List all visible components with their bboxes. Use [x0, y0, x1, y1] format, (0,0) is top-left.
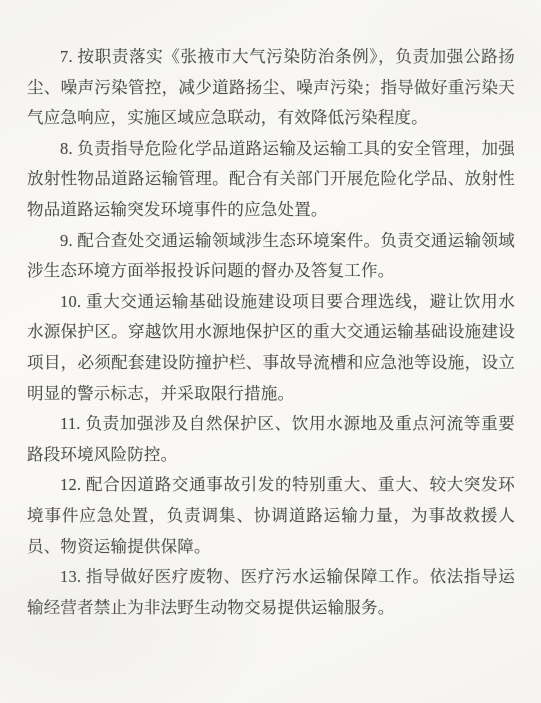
paragraph-item-8: 8. 负责指导危险化学品道路运输及运输工具的安全管理，加强放射性物品道路运输管理… — [27, 134, 515, 226]
paragraph-item-12: 12. 配合因道路交通事故引发的特别重大、重大、较大突发环境事件应急处置，负责调… — [27, 470, 515, 562]
paragraph-item-13: 13. 指导做好医疗废物、医疗污水运输保障工作。依法指导运输经营者禁止为非法野生… — [27, 562, 515, 623]
paragraph-item-10: 10. 重大交通运输基础设施建设项目要合理选线，避让饮用水水源保护区。穿越饮用水… — [27, 287, 515, 409]
document-page: 7. 按职责落实《张掖市大气污染防治条例》，负责加强公路扬尘、噪声污染管控，减少… — [0, 0, 541, 703]
document-body-text: 7. 按职责落实《张掖市大气污染防治条例》，负责加强公路扬尘、噪声污染管控，减少… — [27, 42, 515, 623]
paragraph-item-7: 7. 按职责落实《张掖市大气污染防治条例》，负责加强公路扬尘、噪声污染管控，减少… — [27, 42, 515, 134]
paragraph-item-9: 9. 配合查处交通运输领域涉生态环境案件。负责交通运输领域涉生态环境方面举报投诉… — [27, 226, 515, 287]
paragraph-item-11: 11. 负责加强涉及自然保护区、饮用水源地及重点河流等重要路段环境风险防控。 — [27, 409, 515, 470]
